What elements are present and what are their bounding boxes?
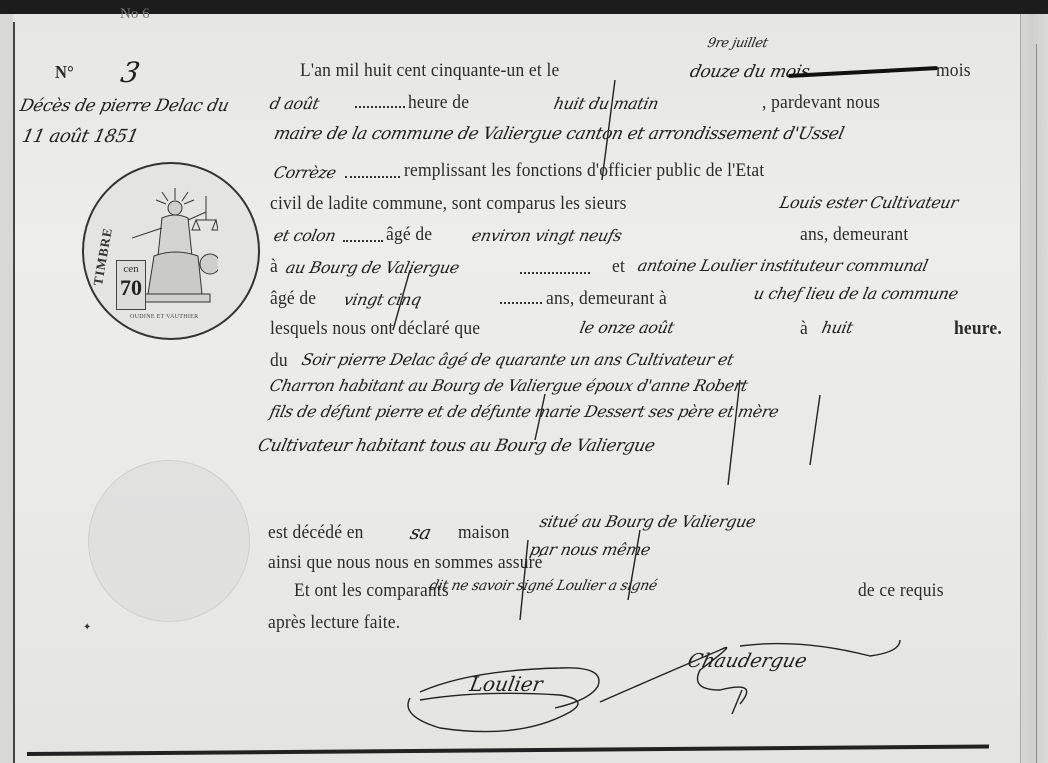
filler-dash (345, 176, 400, 178)
right-page-edge (1020, 14, 1048, 763)
filler-dash (520, 272, 590, 274)
l15-hand: par nous même (528, 540, 652, 559)
l12-hand: fils de défunt pierre et de défunte mari… (268, 402, 780, 421)
l9-hand-b: huit (820, 318, 855, 337)
record-number-label: N° (55, 62, 74, 83)
stamp-value: 70 (117, 275, 145, 301)
l11-hand: Charron habitant au Bourg de Valiergue é… (268, 376, 749, 395)
l9-hand-a: le onze août (578, 318, 676, 337)
l2-printed-b: , pardevant nous (762, 92, 880, 114)
stamp-denomination: cen 70 (116, 260, 146, 310)
l6-hand-a: et colon (272, 226, 337, 245)
l3-hand: maire de la commune de Valiergue canton … (272, 124, 846, 144)
l14-printed-a: est décédé en (268, 522, 364, 544)
tax-stamp: TIMBRE cen 70 OUDINE ET VAUTHIER (82, 162, 260, 340)
signature-left: Loulier (468, 672, 545, 696)
l16-hand: dit ne savoir signé Loulier a signé (428, 578, 658, 594)
stamp-unit: cen (117, 263, 145, 275)
right-margin-rule (1036, 44, 1037, 763)
l1-printed: L'an mil huit cent cinquante-un et le (300, 60, 559, 82)
margin-note-line1: Décès de pierre Delac du (18, 96, 231, 116)
l16-printed-b: de ce requis (858, 580, 944, 602)
filler-dash (355, 106, 405, 108)
left-gutter (0, 14, 13, 763)
l4-printed: remplissant les fonctions d'officier pub… (404, 160, 764, 182)
l7-printed-a: à (270, 256, 278, 278)
stamp-maker: OUDINE ET VAUTHIER (130, 314, 198, 320)
bleed-through-header: No 6 (120, 6, 150, 23)
l14-hand-b: situé au Bourg de Valiergue (538, 512, 757, 531)
l6-printed-b: ans, demeurant (800, 224, 908, 246)
l5-hand: Louis ester Cultivateur (778, 193, 960, 212)
stamp-label: TIMBRE (90, 226, 116, 287)
l1-printed-b: mois (936, 60, 971, 82)
l14-printed-b: maison (458, 522, 510, 544)
l16-printed-a: Et ont les comparants (294, 580, 449, 602)
l13-hand: Cultivateur habitant tous au Bourg de Va… (256, 436, 657, 456)
l1-date: douze du mois (688, 62, 811, 82)
left-margin-rule (13, 22, 15, 763)
l2-hand-b: huit du matin (552, 94, 660, 113)
l1-insert: 9re juillet (706, 36, 769, 51)
l10-hand: Soir pierre Delac âgé de quarante un ans… (300, 350, 735, 369)
l7-printed-b: et (612, 256, 625, 278)
l8-printed-a: âgé de (270, 288, 316, 310)
l15-printed: ainsi que nous nous en sommes assuré (268, 552, 543, 574)
l9-printed-b: à (800, 318, 808, 340)
margin-note-line2: 11 août 1851 (20, 126, 140, 147)
l2-hand-a: d août (268, 94, 321, 113)
l8-hand-a: vingt cinq (342, 290, 423, 309)
margin-mark: ✦ (83, 622, 91, 633)
signature-right: Chaudergue (685, 650, 809, 672)
l6-hand-b: environ vingt neufs (470, 226, 623, 245)
l10-printed: du (270, 350, 288, 372)
bleed-through-stamp (88, 460, 250, 622)
filler-dash (500, 302, 542, 304)
l9-printed-a: lesquels nous ont déclaré que (270, 318, 480, 340)
filler-dash (343, 240, 383, 242)
l6-printed-a: âgé de (386, 224, 432, 246)
l4-hand: Corrèze (272, 163, 338, 182)
l7-hand-b: antoine Loulier instituteur communal (636, 256, 930, 275)
l17-printed: après lecture faite. (268, 612, 400, 634)
l5-printed: civil de ladite commune, sont comparus l… (270, 193, 627, 215)
l8-hand-b: u chef lieu de la commune (752, 284, 960, 303)
l8-printed-b: ans, demeurant à (546, 288, 667, 310)
l9-printed-c: heure. (954, 318, 1002, 340)
l7-hand-a: au Bourg de Valiergue (284, 258, 461, 277)
l2-printed-a: heure de (408, 92, 469, 114)
